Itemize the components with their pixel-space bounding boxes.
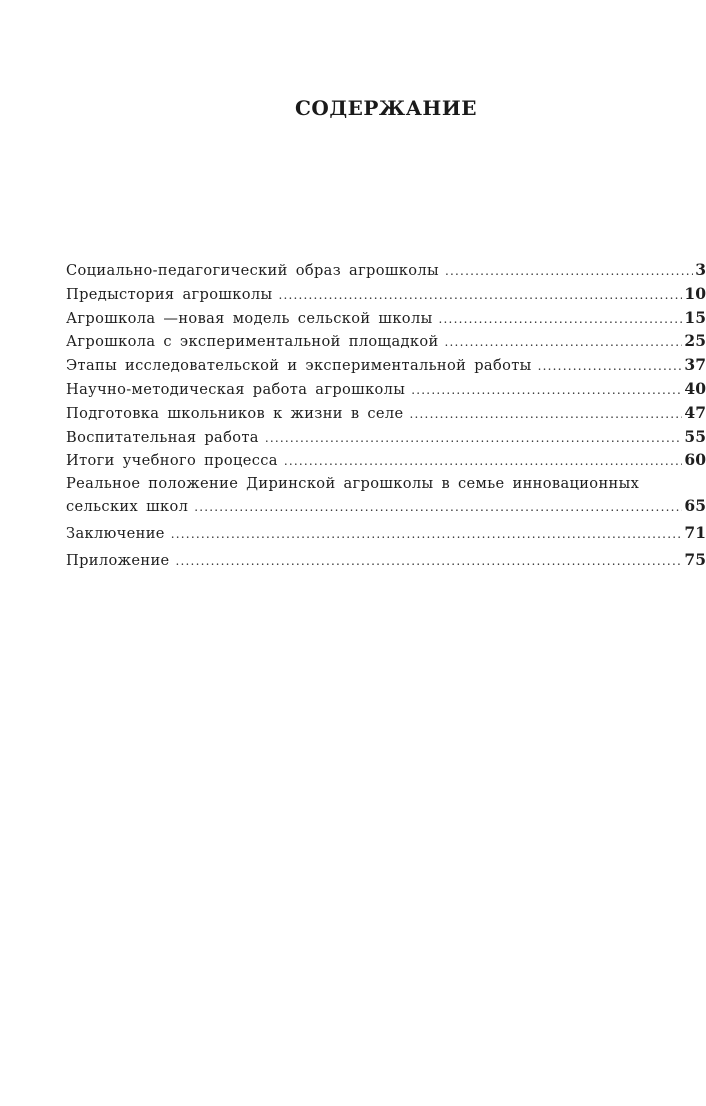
dot-leader [284,451,683,473]
toc-entry-title: Агрошкола с экспериментальной площадкой [66,331,439,353]
toc-entry-page: 71 [684,522,706,544]
dot-leader [194,497,682,519]
toc-entry-page: 75 [684,549,706,571]
toc-entry-title-line1: Реальное положение Диринской агрошколы в… [66,473,706,495]
dot-leader [410,404,683,426]
toc-entry-title: Воспитательная работа [66,427,259,449]
toc-entry-page: 25 [684,330,706,352]
dot-leader [176,551,683,573]
toc-entry-title: Подготовка школьников к жизни в селе [66,403,404,425]
toc-entry-page: 65 [684,495,706,517]
page-title: СОДЕРЖАНИЕ [0,96,706,120]
toc-entry-page: 60 [684,449,706,471]
toc-entry-page: 40 [684,378,706,400]
toc-entry[interactable]: Заключение 71 [66,522,706,546]
toc-entry-title: Научно-методическая работа агрошколы [66,379,405,401]
toc-entry-title: Итоги учебного процесса [66,450,278,472]
table-of-contents: Социально-педагогический образ агрошколы… [66,259,706,572]
dot-leader [411,380,682,402]
toc-entry[interactable]: Социально-педагогический образ агрошколы… [66,259,706,283]
toc-entry-title: Социально-педагогический образ агрошколы [66,260,439,282]
dot-leader [171,524,683,546]
toc-entry[interactable]: Подготовка школьников к жизни в селе 47 [66,402,706,426]
toc-entry-last-line: сельских школ 65 [66,495,706,519]
dot-leader [265,428,683,450]
toc-entry-page: 3 [695,259,706,281]
toc-entry[interactable]: Агрошкола с экспериментальной площадкой … [66,330,706,354]
dot-leader [445,261,693,283]
toc-entry-page: 55 [684,426,706,448]
dot-leader [538,356,683,378]
toc-entry[interactable]: Воспитательная работа 55 [66,426,706,450]
toc-entry-title: Этапы исследовательской и эксперименталь… [66,355,532,377]
toc-entry[interactable]: Научно-методическая работа агрошколы 40 [66,378,706,402]
toc-entry-title: Приложение [66,550,170,572]
toc-entry-title-line2: сельских школ [66,496,188,518]
toc-entry[interactable]: Итоги учебного процесса 60 [66,449,706,473]
toc-entry-page: 47 [684,402,706,424]
toc-entry-page: 15 [684,307,706,329]
toc-entry[interactable]: Предыстория агрошколы 10 [66,283,706,307]
dot-leader [445,332,683,354]
toc-entry[interactable]: Агрошкола —новая модель сельской школы 1… [66,307,706,331]
toc-entry-page: 10 [684,283,706,305]
toc-entry[interactable]: Приложение 75 [66,549,706,573]
toc-entry-title: Агрошкола —новая модель сельской школы [66,308,433,330]
dot-leader [439,309,683,331]
toc-entry-multiline[interactable]: Реальное положение Диринской агрошколы в… [66,473,706,519]
toc-entry-title: Заключение [66,523,165,545]
dot-leader [278,285,682,307]
toc-entry-page: 37 [684,354,706,376]
toc-entry[interactable]: Этапы исследовательской и эксперименталь… [66,354,706,378]
toc-entry-title: Предыстория агрошколы [66,284,272,306]
